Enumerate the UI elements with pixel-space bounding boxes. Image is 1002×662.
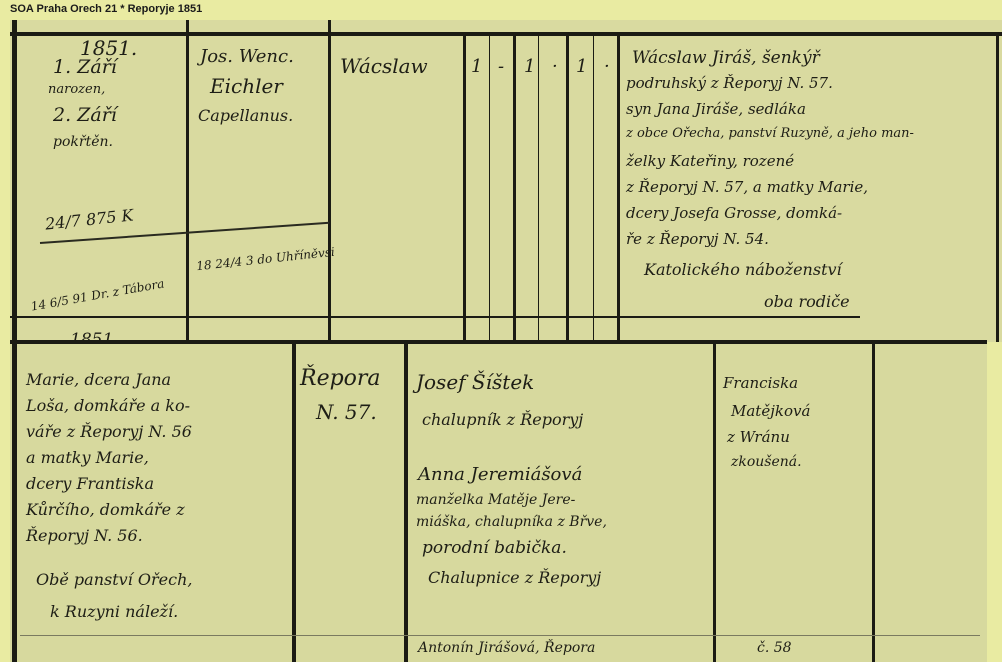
midwife-line: Franciska	[723, 374, 798, 392]
col-divider-9	[617, 32, 620, 342]
next-entry-partial: Antonín Jirášová, Řepora	[418, 640, 595, 657]
left-border-line	[12, 20, 17, 342]
godparent-line: Josef Šíštek	[416, 370, 534, 394]
child-name: Wácslaw	[340, 54, 428, 78]
mother-line: váře z Řeporyj N. 56	[26, 422, 192, 441]
col-divider-4	[489, 32, 490, 342]
midwife-line: z Wránu	[727, 428, 790, 446]
parents-line: z Řeporyj N. 57, a matky Marie,	[626, 178, 868, 196]
mother-line: a matky Marie,	[26, 448, 149, 467]
register-scan-top: 1851. 1. Září narozen, 2. Září pokřtěn. …	[10, 20, 1002, 342]
tally-mark-1: 1	[471, 56, 482, 78]
parents-line: dcery Josefa Grosse, domká-	[626, 204, 842, 222]
father-parents-cell: Wácslaw Jiráš, šenkýř podruhský z Řepory…	[624, 34, 994, 334]
midwife-line: Matějková	[731, 402, 810, 420]
date-cell: 1851. 1. Září narozen, 2. Září pokřtěn. …	[20, 34, 186, 334]
parents-line: Katolického náboženství	[644, 260, 842, 279]
archival-note-a: 24/7 875 K	[44, 205, 134, 233]
col-divider-3	[463, 32, 466, 342]
row-top-border	[10, 340, 987, 344]
mother-line: dcery Frantiska	[26, 474, 154, 493]
godparent-line: Anna Jeremiášová	[418, 464, 582, 486]
baptism-date-text: 2. Září	[53, 104, 117, 127]
next-entry-partial: č. 58	[757, 640, 792, 657]
mother-cell: Marie, dcera Jana Loša, domkáře a ko- vá…	[20, 350, 292, 640]
mother-line: Marie, dcera Jana	[26, 370, 171, 389]
midwife-line: zkoušená.	[731, 454, 802, 471]
godparent-line: manželka Matěje Jere-	[416, 492, 575, 509]
register-scan-bottom: Marie, dcera Jana Loša, domkáře a ko- vá…	[10, 340, 987, 662]
child-name-cell: Wácslaw	[332, 34, 463, 334]
birth-date-text: 1. Září	[53, 56, 117, 79]
tally-mark-5: 1	[576, 56, 587, 78]
mother-line: Kůrčího, domkáře z	[26, 500, 185, 519]
mother-line: k Ruzyni náleží.	[50, 602, 178, 621]
window-title-bar: SOA Praha Orech 21 * Reporyje 1851	[0, 0, 1002, 20]
parents-line: Wácslaw Jiráš, šenkýř	[632, 48, 820, 68]
notes-cell	[875, 350, 987, 662]
tally-mark-6: ·	[604, 56, 610, 78]
priest-name-line1: Jos. Wenc.	[200, 46, 294, 68]
col-divider-2	[328, 20, 331, 342]
birth-label-text: narozen,	[48, 82, 105, 98]
parents-line: želky Kateřiny, rozené	[626, 152, 794, 170]
parents-line: z obce Ořecha, panství Ruzyně, a jeho ma…	[626, 126, 914, 142]
tally-mark-4: ·	[552, 56, 558, 78]
col-divider-8	[593, 32, 594, 342]
tally-mark-3: 1	[524, 56, 535, 78]
col-divider-3	[713, 344, 716, 662]
house-number-cell: Řepora N. 57.	[296, 350, 404, 640]
godparent-line: chalupník z Řeporyj	[422, 410, 583, 429]
window-title: SOA Praha Orech 21 * Reporyje 1851	[10, 3, 202, 15]
priest-name-line2: Eichler	[210, 74, 283, 98]
col-divider-5	[513, 32, 516, 342]
priest-cell: Jos. Wenc. Eichler Capellanus. 18 24/4 3…	[190, 34, 328, 334]
parents-line: ře z Řeporyj N. 54.	[626, 230, 769, 248]
col-divider-6	[538, 32, 539, 342]
mother-line: Řeporyj N. 56.	[26, 526, 143, 545]
baptism-label-text: pokřtěn.	[53, 134, 113, 151]
archival-note-b: 14 6/5 91 Dr. z Tábora	[30, 276, 166, 314]
priest-title: Capellanus.	[198, 106, 293, 125]
house-number: N. 57.	[316, 400, 377, 424]
house-place: Řepora	[300, 366, 381, 392]
godparent-line: Chalupnice z Řeporyj	[428, 568, 601, 587]
parents-line: oba rodiče	[764, 292, 850, 311]
godparent-line: porodní babička.	[422, 538, 567, 558]
mother-line: Loša, domkáře a ko-	[26, 396, 190, 415]
tally-mark-2: -	[498, 56, 504, 78]
col-divider-1	[186, 20, 189, 342]
priest-archival-note: 18 24/4 3 do Uhříněvsi	[196, 245, 336, 274]
col-divider-7	[566, 32, 569, 342]
godparents-cell: Josef Šíštek chalupník z Řeporyj Anna Je…	[408, 350, 713, 662]
godparent-line: miáška, chalupníka z Břve,	[416, 514, 607, 531]
mother-line: Obě panství Ořech,	[36, 570, 192, 589]
parents-line: podruhský z Řeporyj N. 57.	[626, 74, 833, 92]
parents-line: syn Jana Jiráše, sedláka	[626, 100, 806, 118]
right-border-line	[996, 32, 999, 342]
left-border-line	[12, 340, 17, 662]
midwife-cell: Franciska Matějková z Wránu zkoušená. č.…	[717, 350, 872, 662]
